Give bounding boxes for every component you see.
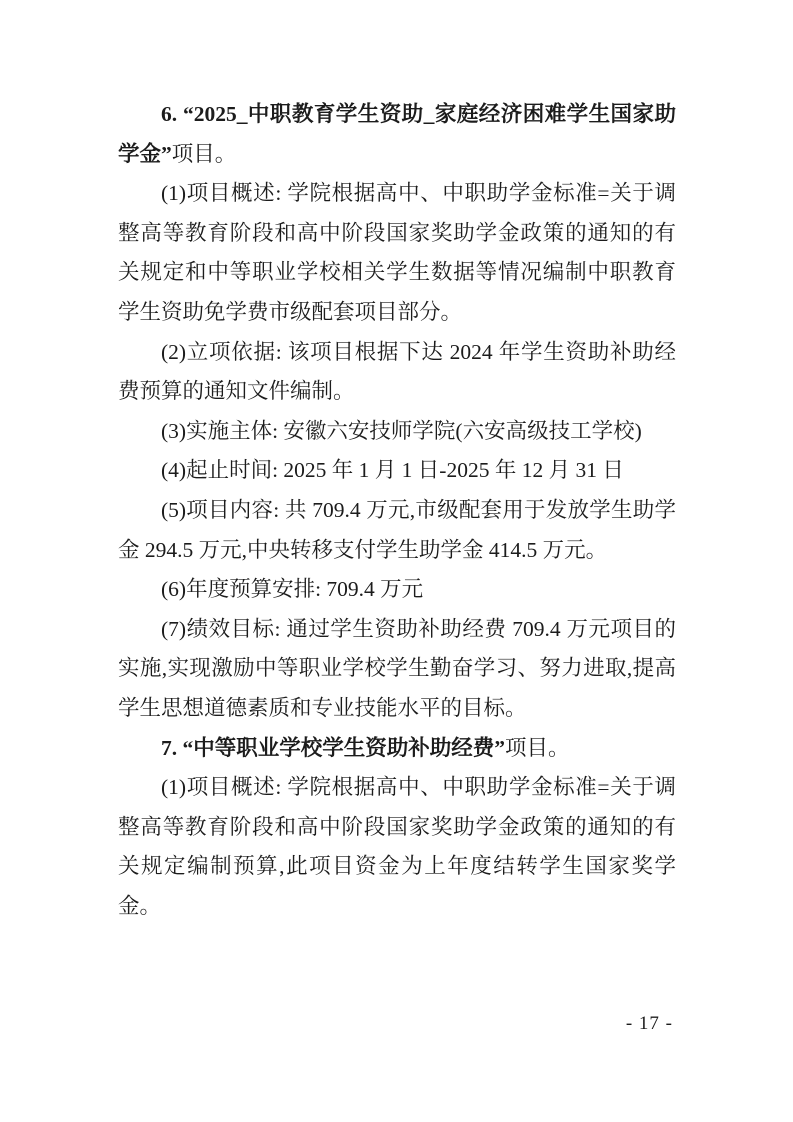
section-6-budget-paragraph: (6)年度预算安排: 709.4 万元 — [118, 570, 676, 610]
section-6-heading: 6. “2025_中职教育学生资助_家庭经济困难学生国家助学金”项目。 — [118, 95, 676, 174]
section-7-heading: 7. “中等职业学校学生资助补助经费”项目。 — [118, 729, 676, 769]
document-page: 6. “2025_中职教育学生资助_家庭经济困难学生国家助学金”项目。 (1)项… — [0, 0, 793, 1122]
section-7-overview-paragraph: (1)项目概述: 学院根据高中、中职助学金标准=关于调整高等教育阶段和高中阶段国… — [118, 768, 676, 926]
section-6-content-paragraph: (5)项目内容: 共 709.4 万元,市级配套用于发放学生助学金 294.5 … — [118, 491, 676, 570]
document-body: 6. “2025_中职教育学生资助_家庭经济困难学生国家助学金”项目。 (1)项… — [118, 95, 676, 926]
section-7-heading-rest: 项目。 — [505, 736, 570, 760]
section-7-heading-bold: 7. “中等职业学校学生资助补助经费” — [161, 736, 505, 760]
section-6-implementer-paragraph: (3)实施主体: 安徽六安技师学院(六安高级技工学校) — [118, 412, 676, 452]
section-6-heading-rest: 项目。 — [172, 142, 237, 166]
section-6-basis-paragraph: (2)立项依据: 该项目根据下达 2024 年学生资助补助经费预算的通知文件编制… — [118, 333, 676, 412]
section-6-timeframe-paragraph: (4)起止时间: 2025 年 1 月 1 日-2025 年 12 月 31 日 — [118, 451, 676, 491]
section-6-overview-paragraph: (1)项目概述: 学院根据高中、中职助学金标准=关于调整高等教育阶段和高中阶段国… — [118, 174, 676, 332]
page-number: - 17 - — [626, 1011, 673, 1037]
section-6-performance-paragraph: (7)绩效目标: 通过学生资助补助经费 709.4 万元项目的实施,实现激励中等… — [118, 610, 676, 729]
